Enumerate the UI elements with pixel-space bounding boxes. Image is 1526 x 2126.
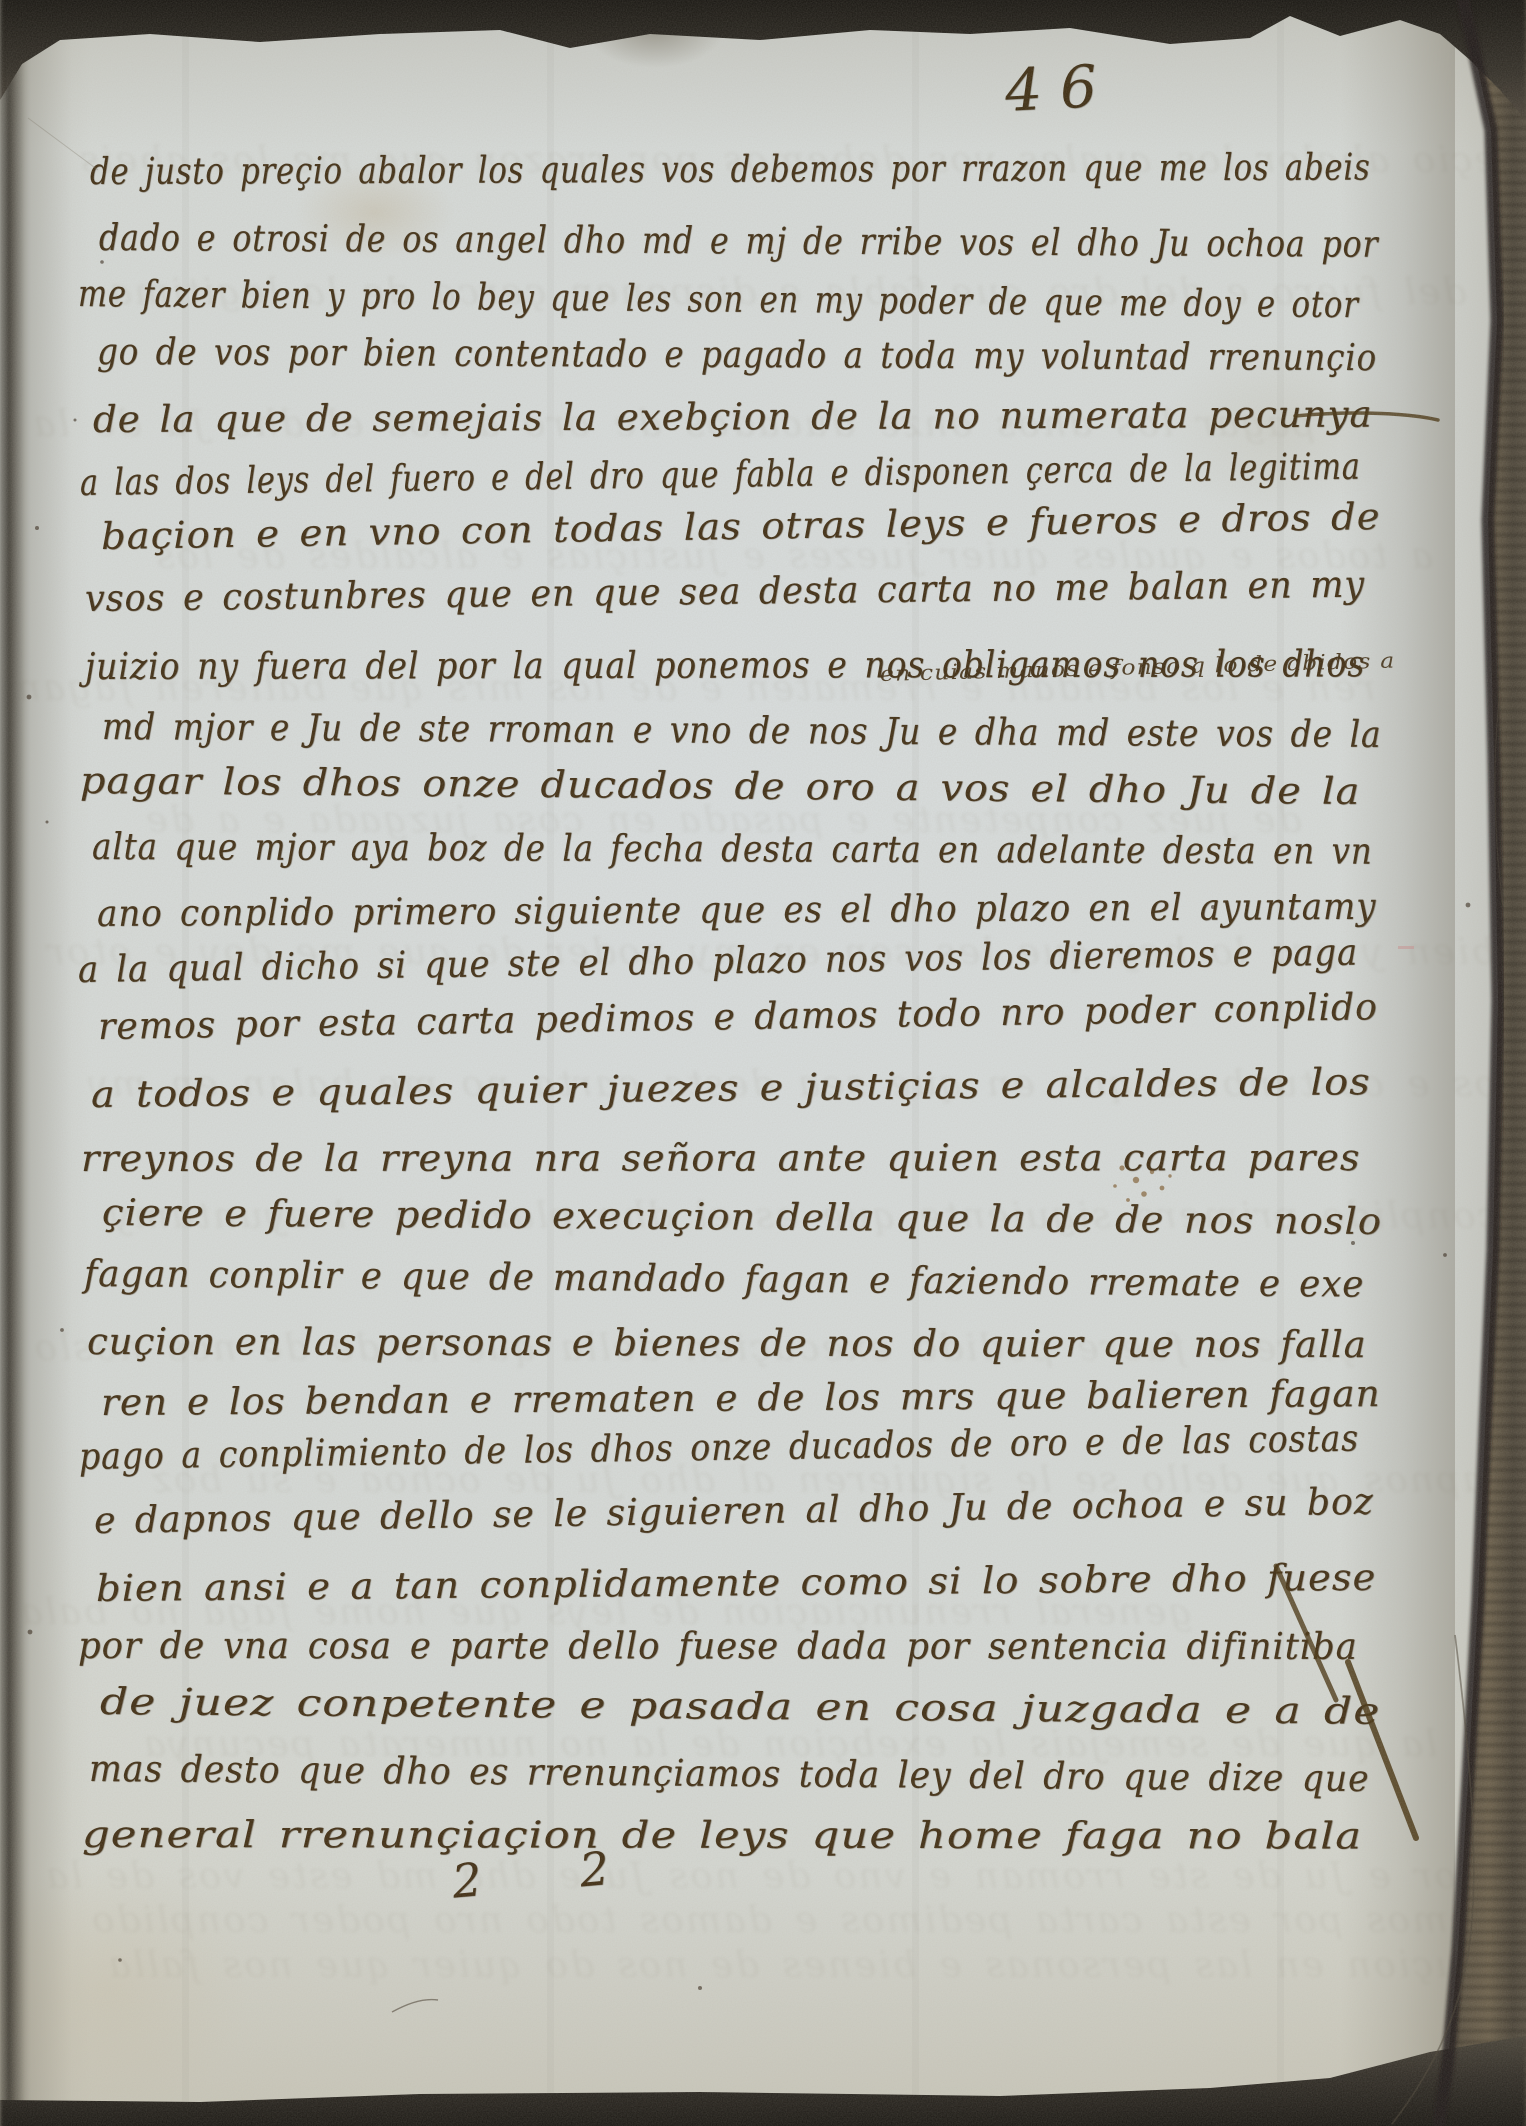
manuscript-line: remos por esta carta pedimos e damos tod… <box>98 985 1378 1048</box>
manuscript-line: md mjor e Ju de ste rroman e vno de nos … <box>101 705 1381 756</box>
manuscript-line: mas desto que dho es rrenunçiamos toda l… <box>89 1747 1370 1800</box>
manuscript-line: dado e otrosi de os angel dho md e mj de… <box>99 216 1379 266</box>
manuscript-line: pago a conplimiento de los dhos onze duc… <box>79 1416 1360 1477</box>
manuscript-line: vsos e costunbres que en que sea desta c… <box>85 562 1365 619</box>
bleed-through-line: cuçion en las personas e bienes de nos d… <box>107 1945 1483 1986</box>
manuscript-line: fagan conplir e que de mandado fagan e f… <box>83 1252 1364 1306</box>
page-curl-shadow <box>1340 0 1455 2126</box>
manuscript-line: cuçion en las personas e bienes de nos d… <box>87 1320 1367 1366</box>
manuscript-line: general rrenunçiaçion de leys que home f… <box>82 1813 1362 1857</box>
folio-number: 46 <box>1003 51 1116 125</box>
manuscript-line: alta que mjor aya boz de la fecha desta … <box>92 825 1373 873</box>
manuscript-line: de justo preçio abalor los quales vos de… <box>90 146 1371 193</box>
manuscript-line: ano conplido primero siguiente que es el… <box>97 885 1377 935</box>
manuscript-line: de la que de semejais la exebçion de la … <box>93 393 1373 441</box>
manuscript-line: por de vna cosa e parte dello fuese dada… <box>78 1624 1358 1668</box>
manuscript-line: bien ansi e a tan conplidamente como si … <box>96 1556 1377 1610</box>
binding-gutter-edge <box>0 0 30 2126</box>
manuscript-scan: de justo preçio abalor los quales vos de… <box>0 0 1526 2126</box>
manuscript-line: de juez conpetente e pasada en cosa juzg… <box>100 1680 1381 1733</box>
manuscript-line: a todos e quales quier juezes e justiçia… <box>90 1060 1370 1116</box>
manuscript-line: çiere e fuere pedido execuçion della que… <box>102 1191 1382 1243</box>
manuscript-line: go de vos por bien contentado e pagado a… <box>97 330 1377 379</box>
manuscript-line: e dapnos que dello se le siguieren al dh… <box>94 1480 1374 1542</box>
manuscript-line: baçion e en vno con todas las otras leys… <box>101 495 1381 558</box>
manuscript-line: a la qual dicho si que ste el dho plazo … <box>78 930 1359 990</box>
manuscript-line: rreynos de la rreyna nra señora ante qui… <box>81 1136 1360 1180</box>
manuscript-text: de justo preçio abalor los quales vos de… <box>86 150 1376 1930</box>
manuscript-line: pagar los dhos onze ducados de oro a vos… <box>80 759 1361 813</box>
manuscript-line: a las dos leys del fuero e del dro que f… <box>79 445 1360 504</box>
manuscript-line: ren e los bendan e rrematen e de los mrs… <box>101 1372 1381 1424</box>
manuscript-line: me fazer bien y pro lo bey que les son e… <box>78 272 1359 326</box>
